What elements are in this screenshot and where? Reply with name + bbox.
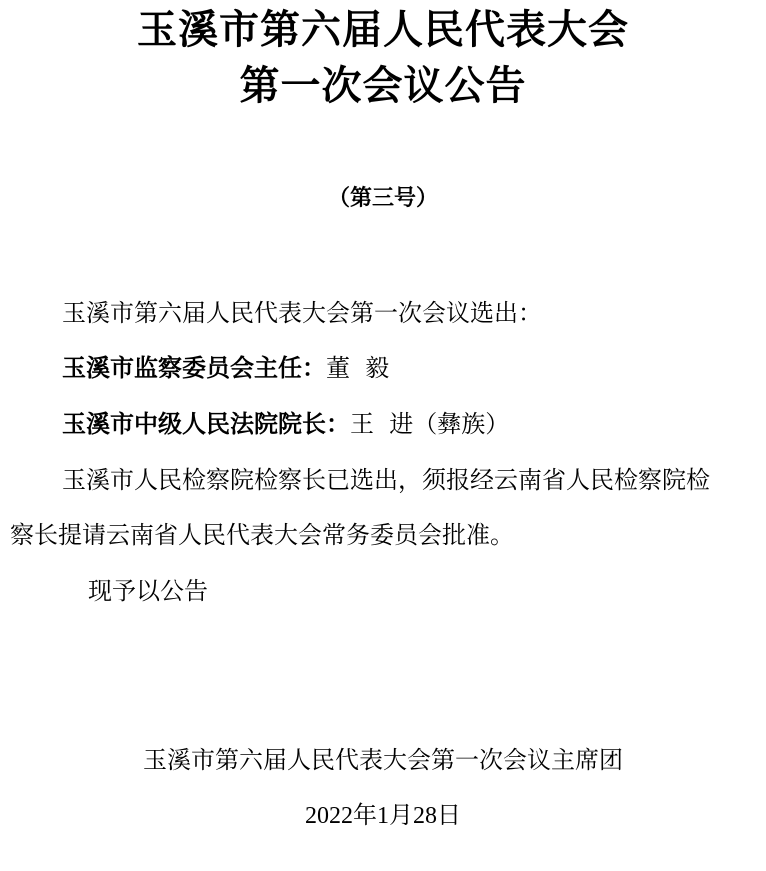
- document-date: 2022年1月28日: [0, 800, 766, 832]
- closing-text: 现予以公告: [88, 575, 208, 607]
- paragraph-line-2: 察长提请云南省人民代表大会常务委员会批准。: [10, 519, 514, 551]
- appointment-position: 玉溪市监察委员会主任：: [62, 354, 326, 382]
- announcement-number: （第三号）: [0, 184, 766, 214]
- appointment-name: 董 毅: [326, 354, 389, 382]
- intro-text: 玉溪市第六届人民代表大会第一次会议选出：: [62, 297, 542, 329]
- appointment-supervision-director: 玉溪市监察委员会主任：董 毅: [62, 352, 389, 384]
- document-title-line-2: 第一次会议公告: [0, 62, 766, 110]
- appointment-name: 王 进（彝族）: [350, 410, 509, 438]
- appointment-position: 玉溪市中级人民法院院长：: [62, 410, 350, 438]
- document-title-line-1: 玉溪市第六届人民代表大会: [0, 6, 766, 54]
- appointment-court-president: 玉溪市中级人民法院院长：王 进（彝族）: [62, 408, 509, 440]
- signature: 玉溪市第六届人民代表大会第一次会议主席团: [0, 744, 766, 776]
- paragraph-line-1: 玉溪市人民检察院检察长已选出，须报经云南省人民检察院检: [62, 464, 710, 496]
